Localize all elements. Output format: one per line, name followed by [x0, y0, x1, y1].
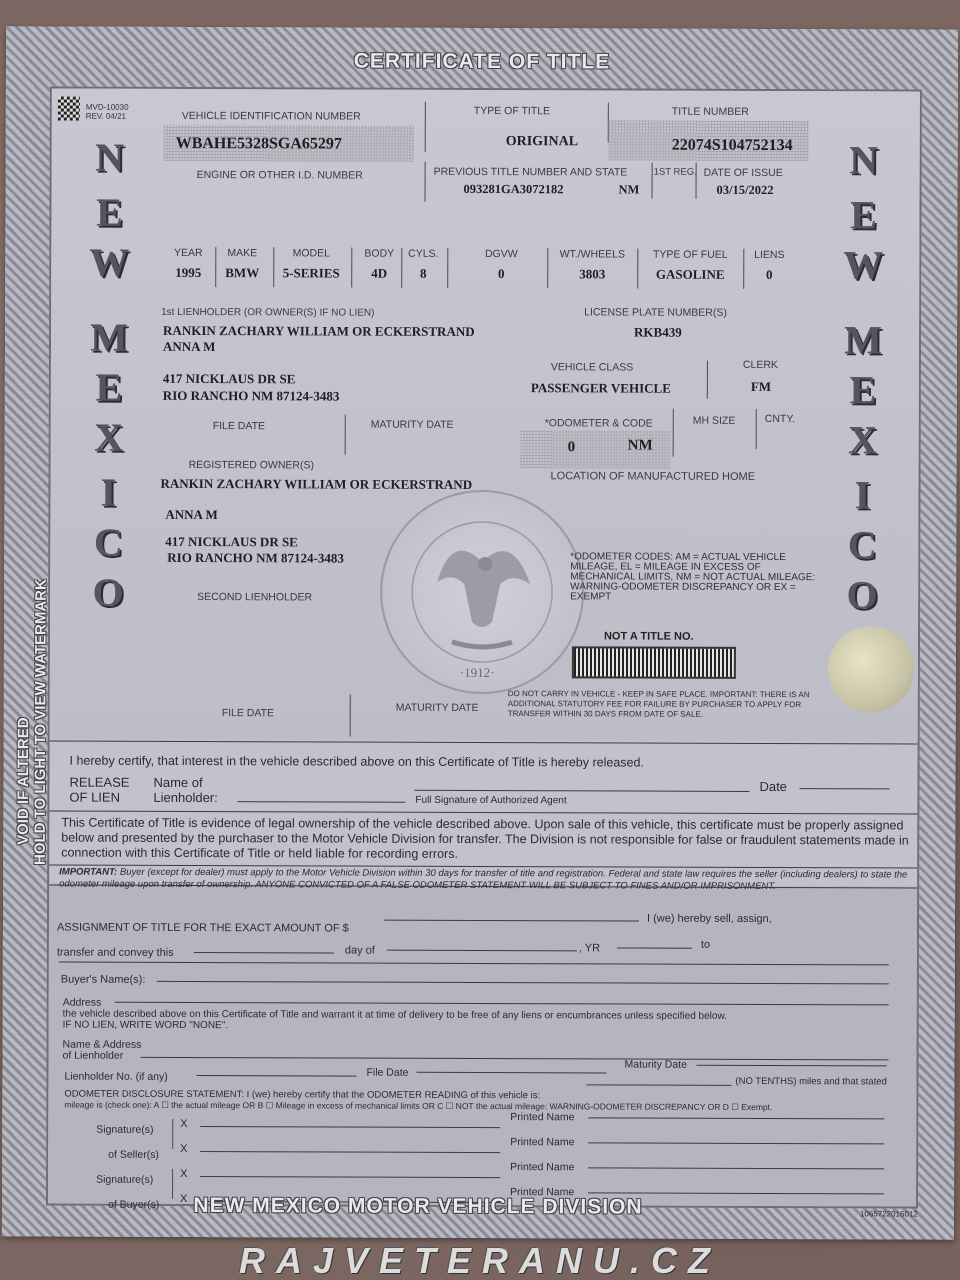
odometer-no-tenths: (NO TENTHS) miles and that stated	[735, 1076, 886, 1088]
owner-name-line2: ANNA M	[165, 507, 217, 523]
odometer-value: 0	[568, 439, 576, 456]
type-of-title-label: TYPE OF TITLE	[474, 105, 550, 117]
state-letter: I	[86, 469, 130, 516]
printed-name-label: Printed Name	[510, 1111, 574, 1123]
clerk-value: FM	[751, 379, 771, 395]
void-if-altered-left: VOID IF ALTERED	[15, 545, 33, 845]
odometer-codes-note: *ODOMETER CODES: AM = ACTUAL VEHICLE MIL…	[570, 552, 815, 603]
release-certify-text: I hereby certify, that interest in the v…	[70, 754, 644, 770]
legal-evidence-text: This Certificate of Title is evidence of…	[61, 816, 911, 864]
state-letter: W	[87, 239, 131, 286]
state-letter: W	[841, 241, 885, 288]
lien1-maturity-date-label: MATURITY DATE	[371, 419, 454, 431]
spec-value: 3803	[549, 266, 635, 282]
license-plate-label: LICENSE PLATE NUMBER(S)	[584, 306, 727, 318]
previous-title-number: 093281GA3072182	[464, 182, 564, 197]
type-of-title-value: ORIGINAL	[506, 134, 578, 150]
certificate-of-title-document: CERTIFICATE OF TITLE VOID IF ALTERED HOL…	[2, 26, 958, 1239]
county-label: CNTY.	[765, 413, 795, 425]
spec-label: YEAR	[163, 247, 213, 259]
lienholder-address-line1: 417 NICKLAUS DR SE	[163, 371, 296, 387]
previous-title-state: NM	[619, 182, 640, 197]
spec-label: WT./WHEELS	[549, 248, 635, 260]
spec-label: MODEL	[273, 247, 349, 259]
lienholder-label: Lienholder:	[153, 790, 217, 805]
date-of-issue-value: 03/15/2022	[717, 183, 774, 198]
spec-value: 0	[457, 266, 545, 282]
agent-signature-field[interactable]	[414, 790, 749, 792]
to-label: to	[701, 939, 710, 951]
x-mark: X	[180, 1168, 187, 1180]
state-letter: E	[87, 189, 131, 236]
state-letter: N	[88, 134, 132, 181]
x-mark: X	[180, 1118, 187, 1130]
spec-label: CYLS.	[401, 248, 445, 260]
spec-value: GASOLINE	[639, 267, 741, 283]
license-plate-value: RKB439	[634, 325, 682, 341]
printed-name-label: Printed Name	[510, 1161, 574, 1173]
spec-label: MAKE	[213, 247, 271, 259]
not-a-title-number	[572, 646, 736, 679]
title-number-label: TITLE NUMBER	[672, 106, 749, 118]
spec-value: 8	[401, 266, 445, 282]
not-a-title-label: NOT A TITLE NO.	[604, 630, 694, 642]
state-letter: N	[842, 136, 886, 183]
spec-value: 1995	[163, 265, 213, 281]
day-of-label: day of	[345, 945, 375, 957]
no-lien-text: IF NO LIEN, WRITE WORD "NONE".	[63, 1020, 228, 1032]
signature-row-label: Signature(s)	[96, 1174, 153, 1186]
mh-size-label: MH SIZE	[693, 415, 736, 427]
eagle-seal-icon	[382, 492, 583, 693]
registered-owner-label: REGISTERED OWNER(S)	[189, 459, 314, 471]
odometer-code: NM	[628, 438, 653, 455]
state-letter: X	[841, 416, 885, 463]
signature-row-label: of Seller(s)	[108, 1149, 159, 1161]
title-number-value: 22074S104752134	[672, 137, 793, 155]
name-of-label: Name of	[153, 775, 202, 790]
state-letter: O	[840, 571, 884, 618]
release-label-line2: OF LIEN	[69, 790, 120, 805]
mh-location-label: LOCATION OF MANUFACTURED HOME	[551, 470, 756, 483]
state-letter: E	[841, 366, 885, 413]
spec-value: BMW	[213, 265, 271, 281]
lien2-maturity-date-label: MATURITY DATE	[396, 702, 479, 714]
spec-value: 0	[747, 267, 791, 283]
second-lienholder-label: SECOND LIENHOLDER	[197, 591, 312, 603]
spec-label: BODY	[359, 248, 399, 260]
state-letter: X	[87, 414, 131, 461]
lienholder-name-field[interactable]	[237, 801, 405, 803]
state-letter: E	[87, 364, 131, 411]
release-date-label: Date	[759, 779, 787, 794]
lien1-file-date-label: FILE DATE	[213, 420, 265, 432]
vin-label: VEHICLE IDENTIFICATION NUMBER	[182, 110, 361, 123]
spec-label: TYPE OF FUEL	[639, 249, 741, 261]
lienholder-label: 1st LIENHOLDER (OR OWNER(S) IF NO LIEN)	[161, 307, 374, 319]
state-letter: I	[840, 471, 884, 518]
site-watermark: RAJVETERANU.CZ	[0, 1240, 960, 1280]
spec-value: 5-SERIES	[273, 265, 349, 281]
state-letter: M	[87, 314, 131, 361]
state-seal: ·1912·	[380, 490, 585, 695]
transfer-label: transfer and convey this	[57, 947, 174, 959]
x-mark: X	[180, 1143, 187, 1155]
state-letter: M	[841, 316, 885, 363]
spec-label: DGVW	[457, 248, 545, 260]
previous-title-label: PREVIOUS TITLE NUMBER AND STATE	[434, 166, 628, 179]
assignment-amount-label: ASSIGNMENT OF TITLE FOR THE EXACT AMOUNT…	[57, 922, 349, 935]
security-hologram	[828, 626, 914, 712]
file-date-label: File Date	[366, 1067, 408, 1079]
document-header: CERTIFICATE OF TITLE	[6, 48, 958, 75]
vehicle-class-value: PASSENGER VEHICLE	[531, 380, 671, 396]
seal-year: ·1912·	[460, 668, 495, 678]
seller-bracket	[172, 1119, 173, 1149]
odometer-label: *ODOMETER & CODE	[545, 417, 653, 429]
owner-address-line1: 417 NICKLAUS DR SE	[165, 534, 298, 550]
state-letter: O	[86, 569, 130, 616]
owner-name-line1: RANKIN ZACHARY WILLIAM OR ECKERSTRAND	[160, 476, 472, 493]
lienholder-address-line2: RIO RANCHO NM 87124-3483	[163, 388, 340, 405]
state-letter: E	[841, 191, 885, 238]
form-rev: REV. 04/21	[86, 112, 126, 122]
certificate-body: MVD-10030 REV. 04/21 NEWMEXICO NEWMEXICO…	[46, 86, 922, 1208]
year-label: , YR	[579, 942, 600, 954]
owner-address-line2: RIO RANCHO NM 87124-3483	[167, 550, 344, 567]
date-of-issue-label: DATE OF ISSUE	[704, 167, 783, 179]
printed-name-label: Printed Name	[510, 1136, 574, 1148]
buyer-address-label: Address	[63, 997, 102, 1009]
document-footer: NEW MEXICO MOTOR VEHICLE DIVISION	[0, 1193, 894, 1220]
signature-row-label: Signature(s)	[96, 1124, 153, 1136]
release-date-field[interactable]	[799, 788, 889, 789]
first-reg-label: 1ST REG.	[654, 167, 697, 178]
vehicle-class-label: VEHICLE CLASS	[551, 361, 633, 373]
engine-id-label: ENGINE OR OTHER I.D. NUMBER	[197, 169, 363, 182]
lien2-file-date-label: FILE DATE	[222, 707, 274, 719]
state-letter: C	[86, 519, 130, 566]
lienholder-name-address-label-2: of Lienholder	[63, 1050, 124, 1062]
state-letter: C	[840, 521, 884, 568]
signature-caption: Full Signature of Authorized Agent	[415, 795, 566, 807]
qr-code	[58, 97, 80, 121]
clerk-label: CLERK	[743, 359, 778, 371]
release-label-line1: RELEASE	[69, 775, 129, 790]
sell-assign-text: I (we) hereby sell, assign,	[647, 913, 772, 925]
lienholder-no-label: Lienholder No. (if any)	[64, 1071, 167, 1083]
spec-value: 4D	[359, 266, 399, 282]
lienholder-name-line1: RANKIN ZACHARY WILLIAM OR ECKERSTRAND	[163, 323, 475, 340]
lienholder-name-line2: ANNA M	[163, 339, 215, 355]
spec-label: LIENS	[747, 249, 791, 261]
important-label: IMPORTANT:	[59, 867, 117, 878]
important-text: Buyer (except for dealer) must apply to …	[59, 867, 907, 892]
maturity-date-label: Maturity Date	[624, 1059, 686, 1071]
safe-place-warning: DO NOT CARRY IN VEHICLE - KEEP IN SAFE P…	[508, 689, 813, 720]
buyer-name-label: Buyer's Name(s):	[61, 974, 146, 986]
vin-value: WBAHE5328SGA65297	[176, 135, 342, 154]
important-notice: IMPORTANT: Buyer (except for dealer) mus…	[59, 867, 917, 894]
